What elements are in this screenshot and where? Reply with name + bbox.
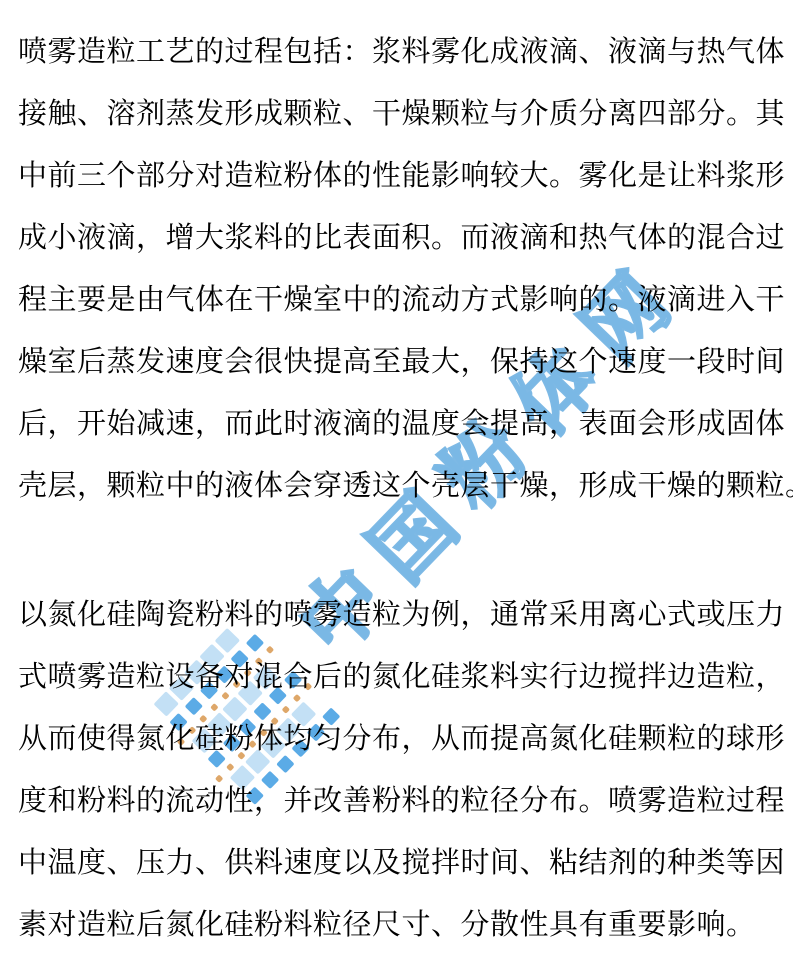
text-line: 壳层，颗粒中的液体会穿透这个壳层干燥，形成干燥的颗粒。	[18, 455, 793, 517]
paragraph-2: 以氮化硅陶瓷粉料的喷雾造粒为例，通常采用离心式或压力 式喷雾造粒设备对混合后的氮…	[18, 584, 785, 956]
text-line: 度和粉料的流动性，并改善粉料的粒径分布。喷雾造粒过程	[18, 770, 785, 832]
paragraph-1: 喷雾造粒工艺的过程包括：浆料雾化成液滴、液滴与热气体 接触、溶剂蒸发形成颗粒、干…	[18, 21, 793, 517]
text-line: 喷雾造粒工艺的过程包括：浆料雾化成液滴、液滴与热气体	[18, 21, 793, 83]
text-line: 中前三个部分对造粒粉体的性能影响较大。雾化是让料浆形	[18, 145, 793, 207]
text-line: 素对造粒后氮化硅粉料粒径尺寸、分散性具有重要影响。	[18, 894, 785, 956]
text-line: 燥室后蒸发速度会很快提高至最大，保持这个速度一段时间	[18, 331, 793, 393]
text-line: 式喷雾造粒设备对混合后的氮化硅浆料实行边搅拌边造粒，	[18, 646, 785, 708]
text-line: 中温度、压力、供料速度以及搅拌时间、粘结剂的种类等因	[18, 832, 785, 894]
document-page: 中 国 粉 体 网 喷雾造粒工艺的过程包括：浆料雾化成液滴、液滴与热气体 接触、…	[0, 0, 793, 973]
text-line: 成小液滴，增大浆料的比表面积。而液滴和热气体的混合过	[18, 207, 793, 269]
text-line: 接触、溶剂蒸发形成颗粒、干燥颗粒与介质分离四部分。其	[18, 83, 793, 145]
text-line: 后，开始减速，而此时液滴的温度会提高，表面会形成固体	[18, 393, 793, 455]
text-line: 以氮化硅陶瓷粉料的喷雾造粒为例，通常采用离心式或压力	[18, 584, 785, 646]
text-line: 从而使得氮化硅粉体均匀分布，从而提高氮化硅颗粒的球形	[18, 708, 785, 770]
text-line: 程主要是由气体在干燥室中的流动方式影响的。液滴进入干	[18, 269, 793, 331]
